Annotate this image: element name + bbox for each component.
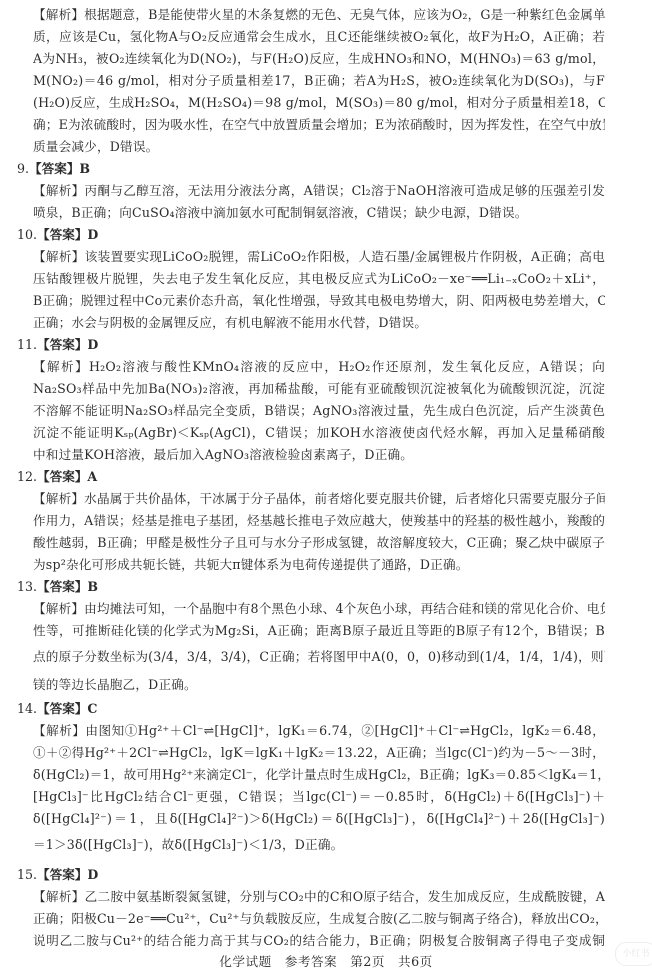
q10-number: 10.【答案】D	[17, 226, 98, 244]
answer-label: 【答案】B	[37, 579, 98, 594]
q13-analysis-line: 【解析】由均摊法可知，一个晶胞中有8个黑色小球、4个灰色小球，再结合硅和镁的常见…	[33, 600, 605, 618]
question-number: 12.	[17, 469, 37, 484]
q8-analysis-line: (H₂O)反应，生成H₂SO₄，M(H₂SO₄)＝98 g/mol，M(SO₃)…	[33, 94, 605, 112]
answer-key-page: 【解析】根据题意，B是能使带火星的木条复燃的无色、无臭气体，应该为O₂，G是一种…	[0, 0, 652, 973]
q13-number: 13.【答案】B	[17, 578, 98, 596]
question-number: 15.	[17, 867, 37, 882]
question-number: 10.	[17, 227, 37, 242]
q11-analysis-line: 沉淀不能证明Kₛₚ(AgBr)＜Kₛₚ(AgCl)，C错误；加KOH水溶液使卤代…	[33, 424, 605, 442]
watermark-badge: 小红书	[615, 942, 652, 966]
q8-analysis-line: 质，应该是Cu，氢化物A与O₂反应通常会生成水，且C还能继续被O₂氧化，故F为H…	[33, 28, 605, 46]
answer-label: 【答案】D	[37, 337, 98, 352]
answer-label: 【答案】D	[37, 227, 98, 242]
q10-analysis-line: B正确；脱锂过程中Co元素价态升高，氧化性增强，导致其电极电势增大，阴、阳两极电…	[33, 292, 605, 310]
q8-analysis-line: A为NH₃，被O₂连续氧化为D(NO₂)，与F(H₂O)反应，生成HNO₃和NO…	[33, 50, 605, 68]
q14-analysis-line-fraction: ＝1＞3δ([HgCl₃]⁻)，故δ([HgCl₃]⁻)＜1/3，D正确。	[33, 828, 605, 862]
q12-number: 12.【答案】A	[17, 468, 97, 486]
q14-analysis-line: δ(HgCl₂)＝1，故可用Hg²⁺来滴定Cl⁻，化学计量点时生成HgCl₂，B…	[33, 766, 605, 784]
question-number: 13.	[17, 579, 37, 594]
q15-analysis-line: 说明乙二胺与Cu²⁺的结合能力高于其与CO₂的结合能力，B正确；阴极复合胺铜离子…	[33, 932, 605, 950]
q12-analysis-line: 作用力，A错误；烃基是推电子基团，烃基越长推电子效应越大，使羧基中的羟基的极性越…	[33, 512, 605, 530]
q9-analysis-line: 【解析】丙酮与乙醇互溶，无法用分液法分离，A错误；Cl₂溶于NaOH溶液可造成足…	[33, 182, 605, 200]
q11-analysis-line: 中和过量KOH溶液，最后加入AgNO₃溶液检验卤素离子，D正确。	[33, 446, 605, 464]
answer-label: 【答案】A	[37, 469, 97, 484]
q9-analysis-line: 喷泉，B正确；向CuSO₄溶液中滴加氨水可配制铜氨溶液，C错误；缺少电源，D错误…	[33, 204, 605, 222]
q11-number: 11.【答案】D	[17, 336, 98, 354]
q8-analysis-line: M(NO₂)＝46 g/mol，相对分子质量相差17，B正确；若A为H₂S，被O…	[33, 72, 605, 90]
q15-analysis-line: 正确；阳极Cu－2e⁻══Cu²⁺，Cu²⁺与负载胺反应，生成复合胺(乙二胺与铜…	[33, 910, 605, 928]
q14-number: 14.【答案】C	[17, 700, 97, 718]
answer-label: 【答案】D	[37, 867, 98, 882]
q14-analysis-line: 【解析】由图知①Hg²⁺＋Cl⁻⇌[HgCl]⁺，lgK₁＝6.74，②[HgC…	[33, 722, 605, 740]
answer-label: 【答案】C	[37, 701, 97, 716]
page-footer: 化学试题 参考答案 第2页 共6页	[0, 953, 652, 971]
q13-analysis-line: 镁的等边长晶胞乙，D正确。	[33, 676, 605, 694]
q8-analysis-line: 确；E为浓硫酸时，因为吸水性，在空气中放置质量会增加；E为浓硝酸时，因为挥发性，…	[33, 116, 605, 134]
q14-analysis-line: δ([HgCl₄]²⁻)＝1，且δ([HgCl₄]²⁻)＞δ(HgCl₂)＝δ(…	[33, 810, 605, 828]
q15-analysis-line: 【解析】乙二胺中氨基断裂氮氢键，分别与CO₂中的C和O原子结合，发生加成反应，生…	[33, 888, 605, 906]
q10-analysis-line: 正确；水会与阴极的金属锂反应，有机电解液不能用水代替，D错误。	[33, 314, 605, 332]
q12-analysis-line: 为sp²杂化可形成共轭长链，共轭大π键体系为电荷传递提供了通路，D正确。	[33, 556, 605, 574]
question-number: 14.	[17, 701, 37, 716]
q11-analysis-line: 不溶解不能证明Na₂SO₃样品完全变质，B错误；AgNO₃溶液过量，先生成白色沉…	[33, 402, 605, 420]
q13-analysis-line-fractions: 点的原子分数坐标为(3/4，3/4，3/4)，C正确；若将图甲中A(0，0，0)…	[33, 640, 605, 674]
answer-label: 【答案】B	[29, 161, 90, 176]
q15-number: 15.【答案】D	[17, 866, 98, 884]
q10-analysis-line: 【解析】该装置要实现LiCoO₂脱锂，需LiCoO₂作阳极，人造石墨/金属锂极片…	[33, 248, 605, 266]
q14-analysis-line: [HgCl₃]⁻比HgCl₂结合Cl⁻更强，C错误；当lgc(Cl⁻)＝－0.8…	[33, 788, 605, 806]
q13-analysis-line: 性等，可推断硅化镁的化学式为Mg₂Si，A正确；距离B原子最近且等距的B原子有1…	[33, 622, 605, 640]
q12-analysis-line: 酸性越弱，B正确；甲醛是极性分子且可与水分子形成氢键，故溶解度较大，C正确；聚乙…	[33, 534, 605, 552]
q10-analysis-line: 压钴酸锂极片脱锂，失去电子发生氧化反应，其电极反应式为LiCoO₂－xe⁻══L…	[33, 270, 605, 288]
q12-analysis-line: 【解析】水晶属于共价晶体，干冰属于分子晶体，前者熔化要克服共价键，后者熔化只需要…	[33, 490, 605, 508]
q9-number: 9.【答案】B	[17, 160, 90, 178]
q11-analysis-line: 【解析】H₂O₂溶液与酸性KMnO₄溶液的反应中，H₂O₂作还原剂，发生氧化反应…	[33, 358, 605, 376]
q14-analysis-line: ①＋②得Hg²⁺＋2Cl⁻⇌HgCl₂，lgK＝lgK₁＋lgK₂＝13.22，…	[33, 744, 605, 762]
q11-analysis-line: Na₂SO₃样品中先加Ba(NO₃)₂溶液，再加稀盐酸，可能有亚硫酸钡沉淀被氧化…	[33, 380, 605, 398]
q8-analysis-line: 质量会减少，D错误。	[33, 138, 605, 156]
q8-analysis-line: 【解析】根据题意，B是能使带火星的木条复燃的无色、无臭气体，应该为O₂，G是一种…	[33, 6, 605, 24]
question-number: 9.	[17, 161, 29, 176]
question-number: 11.	[17, 337, 37, 352]
